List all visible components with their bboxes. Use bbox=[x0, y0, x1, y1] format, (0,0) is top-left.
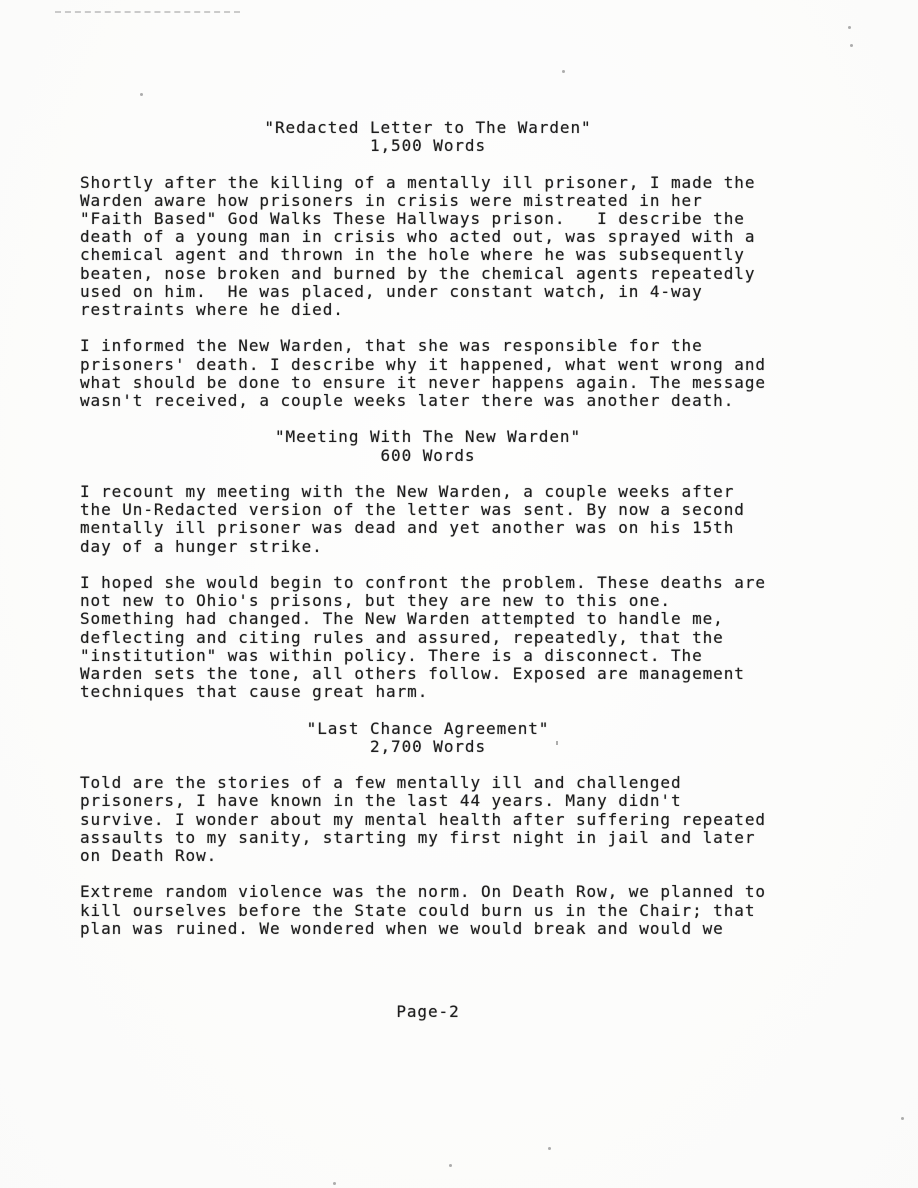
scan-speck bbox=[449, 1164, 452, 1167]
paragraph: Told are the stories of a few mentally i… bbox=[80, 774, 776, 865]
section-word-count: 1,500 Words bbox=[80, 137, 776, 155]
paragraph: Extreme random violence was the norm. On… bbox=[80, 883, 776, 938]
section-title: "Meeting With The New Warden" bbox=[80, 428, 776, 446]
page-number: Page-2 bbox=[80, 1003, 776, 1021]
document-content: "Redacted Letter to The Warden" 1,500 Wo… bbox=[80, 119, 776, 1021]
scanned-document-page: { "document": { "sections": [ { "title":… bbox=[0, 0, 918, 1188]
section-word-count: 600 Words bbox=[80, 447, 776, 465]
section-heading-redacted-letter: "Redacted Letter to The Warden" 1,500 Wo… bbox=[80, 119, 776, 155]
scan-speck bbox=[140, 93, 143, 96]
paragraph: I recount my meeting with the New Warden… bbox=[80, 483, 776, 556]
scan-speck bbox=[850, 44, 853, 47]
section-word-count: 2,700 Words bbox=[80, 738, 776, 756]
paragraph: I informed the New Warden, that she was … bbox=[80, 337, 776, 410]
scan-speck bbox=[548, 1147, 551, 1150]
scan-speck bbox=[901, 1117, 904, 1120]
scan-speck bbox=[333, 1182, 336, 1185]
paragraph: Shortly after the killing of a mentally … bbox=[80, 174, 776, 320]
paragraph: I hoped she would begin to confront the … bbox=[80, 574, 776, 701]
scan-dash-artifact bbox=[55, 11, 240, 13]
scan-speck bbox=[848, 26, 851, 29]
section-title: "Last Chance Agreement" bbox=[80, 720, 776, 738]
scan-speck bbox=[562, 70, 565, 73]
section-heading-last-chance-agreement: "Last Chance Agreement" 2,700 Words bbox=[80, 720, 776, 756]
section-heading-meeting-new-warden: "Meeting With The New Warden" 600 Words bbox=[80, 428, 776, 464]
section-title: "Redacted Letter to The Warden" bbox=[80, 119, 776, 137]
